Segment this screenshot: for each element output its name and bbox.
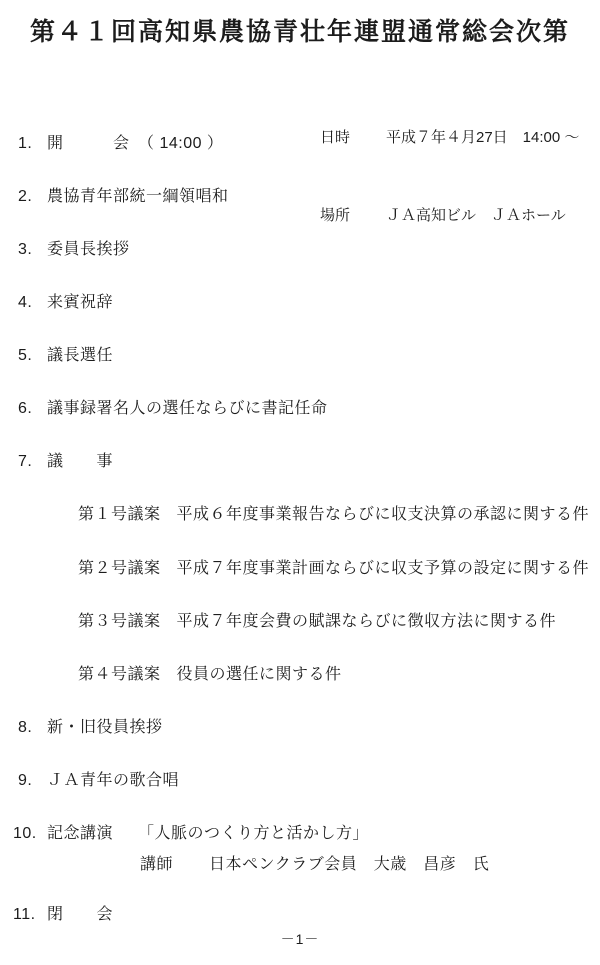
agenda-item-chairperson-election: 5.議長選任	[18, 342, 113, 365]
agenda-item-text: 閉 会	[47, 906, 113, 923]
agenda-item-creed-recital: 2.農協青年部統一綱領唱和	[18, 183, 229, 206]
agenda-item-number: 2.	[18, 188, 47, 206]
proposal-2: 第２号議案平成７年度事業計画ならびに収支予算の設定に関する件	[78, 555, 589, 578]
agenda-item-text: 開 会 （ 14:00 ）	[47, 135, 223, 152]
agenda-item-number: 11.	[13, 906, 47, 924]
proposal-text: 平成７年度事業計画ならびに収支予算の設定に関する件	[177, 560, 590, 577]
proposal-label: 第４号議案	[78, 666, 161, 683]
agenda-item-text: 来賓祝辞	[47, 294, 113, 311]
proposal-text: 役員の選任に関する件	[177, 666, 342, 683]
proposal-label: 第１号議案	[78, 506, 161, 523]
venue-label: 場所	[320, 203, 386, 229]
agenda-item-number: 8.	[18, 719, 47, 737]
agenda-item-minutes-signers: 6.議事録署名人の選任ならびに書記任命	[18, 395, 328, 418]
proposal-label: 第３号議案	[78, 613, 161, 630]
agenda-item-number: 9.	[18, 772, 47, 790]
proposal-1: 第１号議案平成６年度事業報告ならびに収支決算の承認に関する件	[78, 501, 589, 524]
agenda-item-number: 3.	[18, 241, 47, 259]
agenda-item-text: 議 事	[47, 453, 113, 470]
proposal-4: 第４号議案役員の選任に関する件	[78, 661, 342, 684]
agenda-item-text: 農協青年部統一綱領唱和	[47, 188, 229, 205]
agenda-item-number: 7.	[18, 453, 47, 471]
proposal-text: 平成７年度会費の賦課ならびに徴収方法に関する件	[177, 613, 557, 630]
agenda-item-closing: 11.閉 会	[13, 901, 113, 924]
page-number: －1－	[0, 929, 600, 949]
document-title: 第４１回高知県農協青壮年連盟通常総会次第	[0, 12, 600, 48]
proposal-label: 第２号議案	[78, 560, 161, 577]
agenda-item-text: 記念講演 「人脈のつくり方と活かし方」	[47, 825, 369, 842]
document-page: 第４１回高知県農協青壮年連盟通常総会次第 日時平成７年４月27日 14:00 ～…	[0, 0, 600, 965]
agenda-item-number: 1.	[18, 135, 47, 153]
agenda-item-guest-congratulations: 4.来賓祝辞	[18, 289, 113, 312]
agenda-item-proceedings: 7.議 事	[18, 448, 113, 471]
lecture-instructor-line: 講師日本ペンクラブ会員 大歳 昌彦 氏	[140, 851, 489, 874]
agenda-item-number: 10.	[13, 825, 47, 843]
instructor-label: 講師	[140, 856, 173, 873]
venue-value: ＪＡ高知ビル ＪＡホール	[386, 207, 566, 224]
proposal-text: 平成６年度事業報告ならびに収支決算の承認に関する件	[177, 506, 590, 523]
agenda-item-chairman-greeting: 3.委員長挨拶	[18, 236, 130, 259]
proposal-3: 第３号議案平成７年度会費の賦課ならびに徴収方法に関する件	[78, 608, 556, 631]
meta-datetime-row: 日時平成７年４月27日 14:00 ～	[320, 125, 579, 151]
agenda-item-commemorative-lecture: 10.記念講演 「人脈のつくり方と活かし方」	[13, 820, 369, 843]
agenda-item-number: 4.	[18, 294, 47, 312]
agenda-item-officers-greeting: 8.新・旧役員挨拶	[18, 714, 163, 737]
agenda-item-ja-youth-song: 9.ＪＡ青年の歌合唱	[18, 767, 179, 790]
instructor-value: 日本ペンクラブ会員 大歳 昌彦 氏	[209, 856, 489, 873]
agenda-item-text: 新・旧役員挨拶	[47, 719, 163, 736]
agenda-item-text: 議長選任	[47, 347, 113, 364]
agenda-item-number: 5.	[18, 347, 47, 365]
datetime-label: 日時	[320, 125, 386, 151]
agenda-item-text: 委員長挨拶	[47, 241, 130, 258]
meta-block: 日時平成７年４月27日 14:00 ～ 場所ＪＡ高知ビル ＪＡホール	[320, 73, 579, 281]
datetime-value: 平成７年４月27日 14:00 ～	[386, 129, 579, 146]
agenda-item-opening: 1.開 会 （ 14:00 ）	[18, 130, 223, 153]
agenda-item-text: 議事録署名人の選任ならびに書記任命	[47, 400, 328, 417]
agenda-item-number: 6.	[18, 400, 47, 418]
agenda-item-text: ＪＡ青年の歌合唱	[47, 772, 179, 789]
meta-venue-row: 場所ＪＡ高知ビル ＪＡホール	[320, 203, 579, 229]
